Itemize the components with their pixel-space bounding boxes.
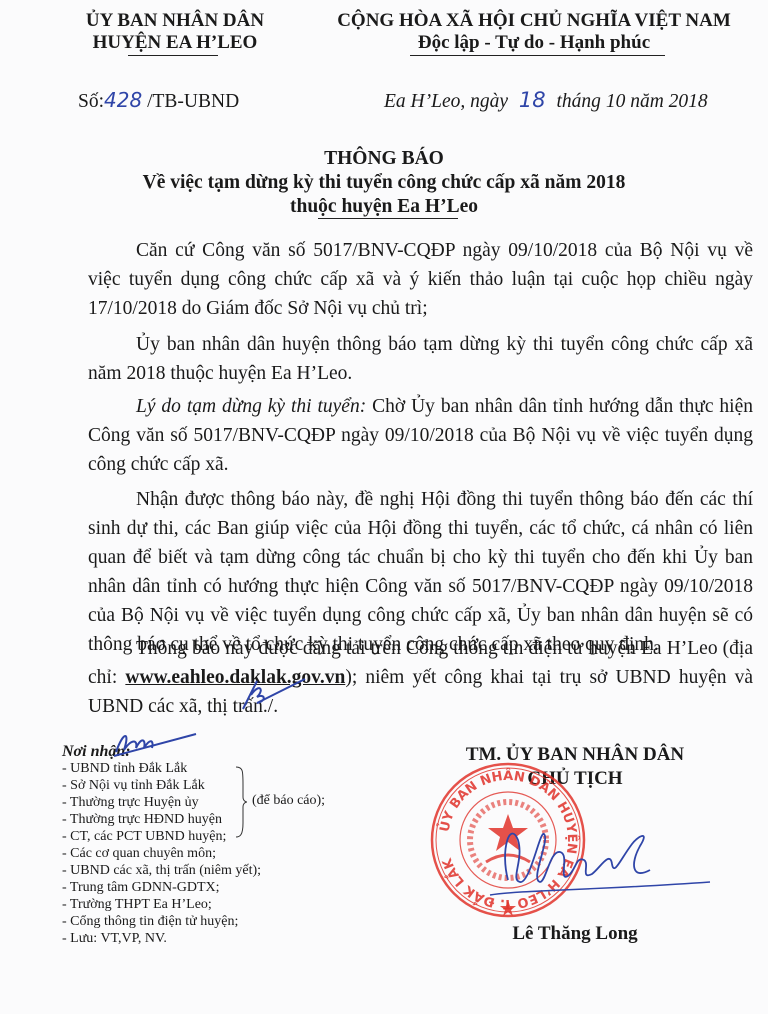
agency-name: ỦY BAN NHÂN DÂN HUYỆN EA H’LEO [60, 10, 290, 54]
motto: Độc lập - Tự do - Hạnh phúc [300, 32, 768, 54]
agency-line-1: ỦY BAN NHÂN DÂN [60, 10, 290, 32]
signer-name: Lê Thăng Long [440, 923, 710, 945]
year: 2018 [669, 91, 708, 112]
month-label: tháng [557, 91, 601, 112]
recipient-item: - Thường trực HĐND huyện [62, 811, 261, 828]
date-place: Ea H’Leo, ngày [384, 91, 508, 112]
recipient-item: - Thường trực Huyện ủy [62, 794, 261, 811]
recipient-item: - Sở Nội vụ tỉnh Đắk Lắk [62, 777, 261, 794]
handwritten-number: 428 [104, 88, 142, 112]
signature-scrawl-icon [480, 820, 720, 900]
year-label: năm [630, 91, 664, 112]
date-line: Ea H’Leo, ngày 18 tháng 10 năm 2018 [384, 88, 708, 113]
initials-mark-icon [235, 675, 315, 715]
document-title: THÔNG BÁO Về việc tạm dừng kỳ thi tuyển … [0, 147, 768, 219]
title-underline [318, 218, 458, 219]
motto-underline [410, 55, 665, 56]
title-main: THÔNG BÁO [0, 147, 768, 171]
report-note: (để báo cáo); [252, 793, 325, 809]
paragraph-publication: Thông báo này được đăng tải trên Cổng th… [88, 634, 753, 721]
recipients-others: - CT, các PCT UBND huyện;- Các cơ quan c… [62, 828, 261, 947]
recipient-initials-icon [110, 730, 200, 758]
reason-label: Lý do tạm dừng kỳ thi tuyển: [136, 396, 366, 417]
agency-line-2: HUYỆN EA H’LEO [60, 32, 290, 54]
number-suffix: /TB-UBND [147, 91, 239, 112]
paragraph-request: Nhận được thông báo này, đề nghị Hội đồn… [88, 485, 753, 659]
recipient-item: - Lưu: VT,VP, NV. [62, 930, 261, 947]
recipient-item: - Các cơ quan chuyên môn; [62, 845, 261, 862]
paragraph-basis: Căn cứ Công văn số 5017/BNV-CQĐP ngày 09… [88, 236, 753, 323]
month: 10 [606, 91, 626, 112]
recipient-item: - Cổng thông tin điện tử huyện; [62, 913, 261, 930]
national-motto: CỘNG HÒA XÃ HỘI CHỦ NGHĨA VIỆT NAM Độc l… [300, 10, 768, 54]
recipients-list: Nơi nhận: - UBND tỉnh Đắk Lắk- Sở Nội vụ… [62, 743, 261, 947]
number-prefix: Số: [78, 91, 104, 112]
recipient-item: - CT, các PCT UBND huyện; [62, 828, 261, 845]
document-number: Số:428 /TB-UBND [78, 88, 239, 113]
recipient-item: - UBND các xã, thị trấn (niêm yết); [62, 862, 261, 879]
brace-icon [234, 765, 248, 839]
title-subject-2: thuộc huyện Ea H’Leo [0, 195, 768, 219]
recipients-grouped: - UBND tỉnh Đắk Lắk- Sở Nội vụ tỉnh Đắk … [62, 760, 261, 828]
paragraph-announcement: Ủy ban nhân dân huyện thông báo tạm dừng… [88, 330, 753, 388]
recipient-item: - UBND tỉnh Đắk Lắk [62, 760, 261, 777]
title-subject: Về việc tạm dừng kỳ thi tuyển công chức … [0, 171, 768, 195]
paragraph-reason: Lý do tạm dừng kỳ thi tuyển: Chờ Ủy ban … [88, 392, 753, 479]
agency-underline [128, 55, 218, 56]
handwritten-day: 18 [513, 88, 552, 112]
recipient-item: - Trường THPT Ea H’Leo; [62, 896, 261, 913]
country-name: CỘNG HÒA XÃ HỘI CHỦ NGHĨA VIỆT NAM [300, 10, 768, 32]
recipient-item: - Trung tâm GDNN-GDTX; [62, 879, 261, 896]
